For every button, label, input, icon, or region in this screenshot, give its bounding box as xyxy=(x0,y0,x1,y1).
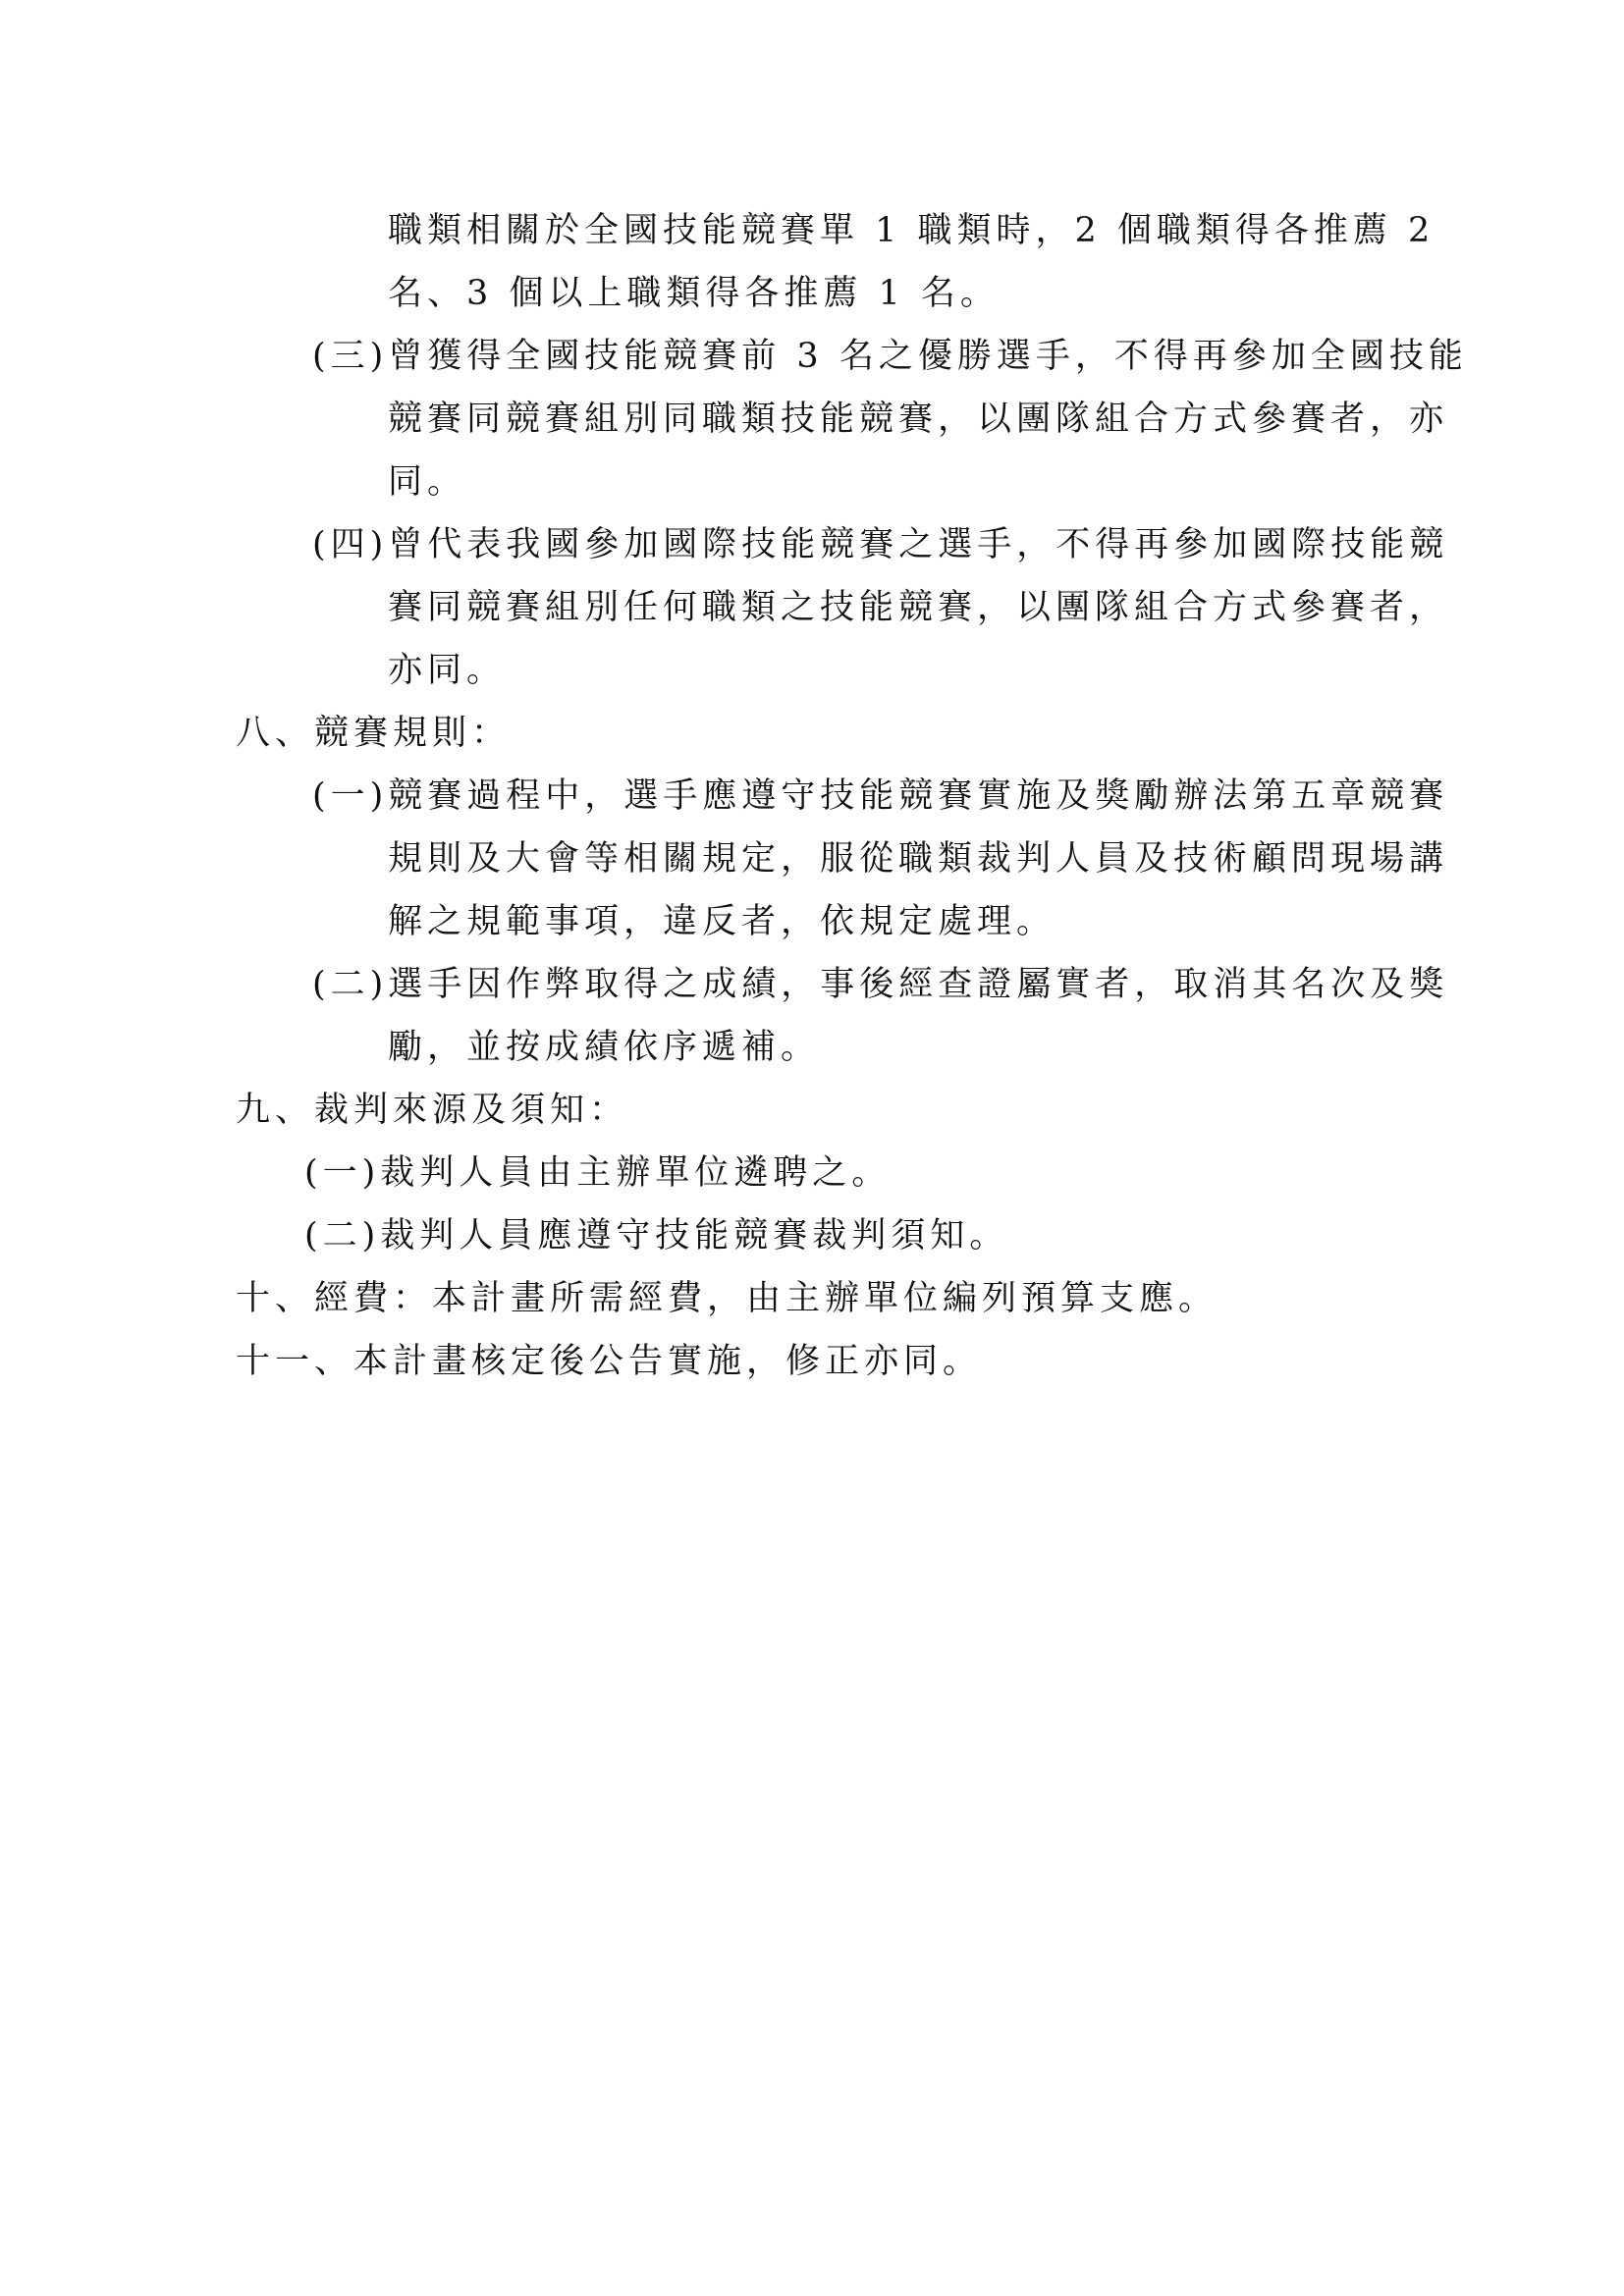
paragraph-line-continuation: 名、3 個以上職類得各推薦 1 名。 xyxy=(388,270,1000,317)
sub-item-one: (一)競賽過程中，選手應遵守技能競賽實施及獎勵辦法第五章競賽 xyxy=(312,773,1448,820)
sub-item-two: (二)裁判人員應遵守技能競賽裁判須知。 xyxy=(304,1212,1008,1259)
paragraph-line-continuation: 同。 xyxy=(388,458,466,506)
document-page: 職類相關於全國技能競賽單 1 職類時，2 個職類得各推薦 2 名、3 個以上職類… xyxy=(0,0,1624,2296)
paragraph-line-continuation: 賽同競賽組別任何職類之技能競賽，以團隊組合方式參賽者， xyxy=(388,584,1448,631)
paragraph-line-continuation: 解之規範事項，違反者，依規定處理。 xyxy=(388,898,1056,945)
paragraph-line-continuation: 亦同。 xyxy=(388,647,506,694)
section-heading-ten-funding: 十、經費：本計畫所需經費，由主辦單位編列預算支應。 xyxy=(236,1275,1218,1322)
section-heading-nine-referees: 九、裁判來源及須知： xyxy=(236,1087,628,1134)
sub-item-three: (三)曾獲得全國技能競賽前 3 名之優勝選手，不得再參加全國技能 xyxy=(312,333,1468,380)
paragraph-line-continuation: 規則及大會等相關規定，服從職類裁判人員及技術顧問現場講 xyxy=(388,835,1448,882)
sub-item-four: (四)曾代表我國參加國際技能競賽之選手，不得再參加國際技能競 xyxy=(312,521,1448,568)
sub-item-one: (一)裁判人員由主辦單位遴聘之。 xyxy=(304,1149,891,1197)
paragraph-line-continuation: 職類相關於全國技能競賽單 1 職類時，2 個職類得各推薦 2 xyxy=(388,207,1435,254)
section-heading-eleven-implementation: 十一、本計畫核定後公告實施，修正亦同。 xyxy=(236,1338,982,1385)
sub-item-two: (二)選手因作弊取得之成績，事後經查證屬實者，取消其名次及獎 xyxy=(312,961,1448,1008)
section-heading-eight-competition-rules: 八、競賽規則： xyxy=(236,710,511,757)
paragraph-line-continuation: 競賽同競賽組別同職類技能競賽，以團隊組合方式參賽者，亦 xyxy=(388,396,1448,443)
paragraph-line-continuation: 勵，並按成績依序遞補。 xyxy=(388,1024,820,1071)
